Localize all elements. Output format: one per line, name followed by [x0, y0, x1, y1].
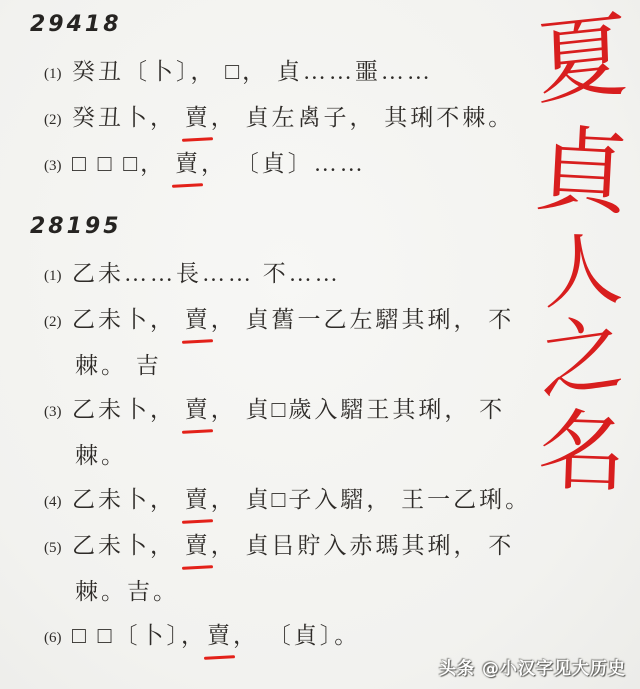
inscription-text: 乙未卜，	[72, 307, 185, 332]
diviner-name-char: 賣	[185, 388, 211, 432]
inscription-text: ， 〔貞〕……	[201, 151, 366, 176]
diviner-name-char: 賣	[175, 142, 201, 186]
inscription-text: 乙未……長…… 不……	[72, 261, 341, 286]
inscription-line: (3)□ □ □， 賣， 〔貞〕……	[28, 142, 536, 188]
diviner-name-char: 賣	[185, 96, 211, 140]
line-number: (4)	[44, 480, 72, 524]
inscription-text: ， 貞□子入騽， 王一乙琍。	[211, 487, 531, 512]
line-number: (3)	[44, 390, 72, 434]
entry-29418: 29418 (1)癸丑〔卜〕， □， 貞……噩……(2)癸丑卜， 賣， 貞左禼子…	[28, 12, 536, 188]
inscription-text: □ □〔卜〕，	[72, 623, 207, 648]
line-number: (6)	[44, 616, 72, 660]
scanned-document-page: 29418 (1)癸丑〔卜〕， □， 貞……噩……(2)癸丑卜， 賣， 貞左禼子…	[0, 0, 640, 689]
inscription-line: (4)乙未卜， 賣， 貞□子入騽， 王一乙琍。	[28, 478, 536, 524]
inscription-line: (5)乙未卜， 賣， 貞㠯貯入赤瑪其琍， 不棘。吉。	[28, 524, 536, 614]
inscription-text: □ □ □，	[72, 151, 175, 176]
diviner-name-char: 賣	[185, 524, 211, 568]
inscription-text: 乙未卜，	[72, 533, 185, 558]
inscription-text: 癸丑〔卜〕， □， 貞……噩……	[72, 59, 433, 84]
inscription-text: 癸丑卜，	[72, 105, 185, 130]
line-number: (2)	[44, 98, 72, 142]
entry-number: 28195	[30, 214, 536, 242]
annotation-char: 人	[539, 228, 625, 317]
inscription-line: (3)乙未卜， 賣， 貞□歲入騽王其琍， 不棘。	[28, 388, 536, 478]
inscription-line: (2)癸丑卜， 賣， 貞左禼子， 其琍不棘。	[28, 96, 536, 142]
entry-number: 29418	[30, 12, 536, 40]
transcription-column: 29418 (1)癸丑〔卜〕， □， 貞……噩……(2)癸丑卜， 賣， 貞左禼子…	[28, 12, 536, 686]
annotation-char: 名	[536, 402, 627, 506]
inscription-text: 乙未卜，	[72, 397, 185, 422]
line-number: (5)	[44, 526, 72, 570]
inscription-line: (1)癸丑〔卜〕， □， 貞……噩……	[28, 50, 536, 96]
line-number: (1)	[44, 254, 72, 298]
entry-28195: 28195 (1)乙未……長…… 不……(2)乙未卜， 賣， 貞舊一乙左騽其琍，…	[28, 214, 536, 660]
inscription-line: (2)乙未卜， 賣， 貞舊一乙左騽其琍， 不棘。 吉	[28, 298, 536, 388]
inscription-text: 乙未卜，	[72, 487, 185, 512]
inscription-line: (1)乙未……長…… 不……	[28, 252, 536, 298]
inscription-text: ， 貞左禼子， 其琍不棘。	[211, 105, 515, 130]
line-number: (2)	[44, 300, 72, 344]
annotation-char: 之	[539, 309, 625, 409]
annotation-char: 貞	[532, 114, 632, 233]
annotation-char: 夏	[534, 0, 629, 121]
line-number: (3)	[44, 144, 72, 188]
entry-lines: (1)乙未……長…… 不……(2)乙未卜， 賣， 貞舊一乙左騽其琍， 不棘。 吉…	[28, 252, 536, 660]
toutiao-watermark: 头条 @小汉字见大历史	[439, 654, 626, 679]
entry-lines: (1)癸丑〔卜〕， □， 貞……噩……(2)癸丑卜， 賣， 貞左禼子， 其琍不棘…	[28, 50, 536, 188]
diviner-name-char: 賣	[207, 614, 233, 658]
line-number: (1)	[44, 52, 72, 96]
inscription-text: ， 〔貞〕。	[233, 623, 360, 648]
diviner-name-char: 賣	[185, 298, 211, 342]
red-handwritten-annotation: 夏貞人之名	[528, 0, 636, 689]
diviner-name-char: 賣	[185, 478, 211, 522]
